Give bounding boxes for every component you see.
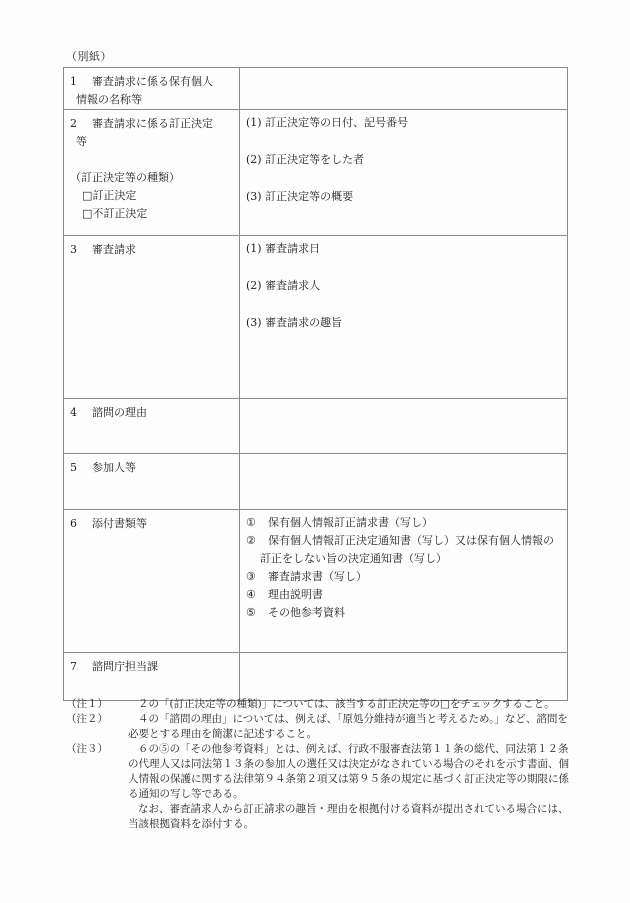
checkbox-label: 不訂正決定 xyxy=(92,207,147,220)
sub-item: (2) 審査請求人 xyxy=(246,277,561,295)
table-row: 4諮問の理由 xyxy=(64,399,568,454)
participants-field[interactable] xyxy=(240,454,568,510)
table-row: 5参加人等 xyxy=(64,454,568,510)
row-label: 審査請求に係る訂正決定 xyxy=(92,117,213,130)
note-tag: （注１） xyxy=(66,697,108,712)
row-label-cell: 4諮問の理由 xyxy=(64,399,240,454)
checkbox-icon[interactable]: □ xyxy=(82,207,92,220)
sub-item: (1) 訂正決定等の日付、記号番号 xyxy=(246,114,561,132)
row-number: 4 xyxy=(70,404,92,422)
table-row: 6添付書類等 ①保有個人情報訂正請求書（写し） ②保有個人情報訂正決定通知書（写… xyxy=(64,510,568,653)
row-number: 5 xyxy=(70,459,92,477)
review-request-cell[interactable]: (1) 審査請求日 (2) 審査請求人 (3) 審査請求の趣旨 xyxy=(240,236,568,399)
inquiry-reason-field[interactable] xyxy=(240,399,568,454)
row-label-cont: 等 xyxy=(70,135,87,148)
row-label: 参加人等 xyxy=(92,461,136,474)
attachments-cell: ①保有個人情報訂正請求書（写し） ②保有個人情報訂正決定通知書（写し）又は保有個… xyxy=(240,510,568,653)
attachment-item: ①保有個人情報訂正請求書（写し） xyxy=(246,514,561,532)
note-3: （注３） ６の⑤の「その他参考資料」とは、例えば、行政不服審査法第１１条の総代、… xyxy=(66,742,571,802)
row-label: 諮問の理由 xyxy=(92,406,147,419)
attachment-label: （別紙） xyxy=(66,48,112,64)
note-text: ４の「諮問の理由」については、例えば、「原処分維持が適当と考えるため。」など、諮… xyxy=(128,712,571,742)
row-label: 諮問庁担当課 xyxy=(92,660,158,673)
table-row: 7諮問庁担当課 xyxy=(64,653,568,701)
note-2: （注２） ４の「諮問の理由」については、例えば、「原処分維持が適当と考えるため。… xyxy=(66,712,571,742)
sub-item: (3) 訂正決定等の概要 xyxy=(246,188,561,206)
personal-info-name-field[interactable] xyxy=(240,68,568,110)
decision-kinds-heading: （訂正決定等の種類） xyxy=(70,169,235,187)
checkbox-label: 訂正決定 xyxy=(92,189,136,202)
row-label-cell: 3審査請求 xyxy=(64,236,240,399)
note-text: ２の「(訂正決定等の種類)」については、該当する訂正決定等の□をチェックすること… xyxy=(128,697,571,712)
checkbox-non-correction-decision[interactable]: □不訂正決定 xyxy=(70,205,235,223)
agency-department-field[interactable] xyxy=(240,653,568,701)
row-number: 1 xyxy=(70,73,92,91)
row-number: 7 xyxy=(70,658,92,676)
note-text: ６の⑤の「その他参考資料」とは、例えば、行政不服審査法第１１条の総代、同法第１２… xyxy=(128,742,571,802)
checkbox-icon[interactable]: □ xyxy=(82,189,92,202)
attachment-item: ②保有個人情報訂正決定通知書（写し）又は保有個人情報の 訂正をしない旨の決定通知… xyxy=(246,532,561,568)
note-tag: （注３） xyxy=(66,742,108,757)
row-label: 審査請求 xyxy=(92,243,136,256)
sub-item: (3) 審査請求の趣旨 xyxy=(246,314,561,332)
row-label-cell: 5参加人等 xyxy=(64,454,240,510)
row-label: 添付書類等 xyxy=(92,517,147,530)
sub-item: (2) 訂正決定等をした者 xyxy=(246,151,561,169)
notes-section: （注１） ２の「(訂正決定等の種類)」については、該当する訂正決定等の□をチェッ… xyxy=(66,697,571,832)
checkbox-correction-decision[interactable]: □訂正決定 xyxy=(70,187,235,205)
note-tag: （注２） xyxy=(66,712,108,727)
row-label-cell: 7諮問庁担当課 xyxy=(64,653,240,701)
table-row: 2審査請求に係る訂正決定 等 （訂正決定等の種類） □訂正決定 □不訂正決定 (… xyxy=(64,110,568,236)
attachment-item: ④理由説明書 xyxy=(246,586,561,604)
attachment-item: ③審査請求書（写し） xyxy=(246,568,561,586)
note-1: （注１） ２の「(訂正決定等の種類)」については、該当する訂正決定等の□をチェッ… xyxy=(66,697,571,712)
inquiry-form-table: 1審査請求に係る保有個人 情報の名称等 2審査請求に係る訂正決定 等 （訂正決定… xyxy=(63,67,568,701)
row-label-cell: 2審査請求に係る訂正決定 等 （訂正決定等の種類） □訂正決定 □不訂正決定 xyxy=(64,110,240,236)
note-3-para2: なお、審査請求人から訂正請求の趣旨・理由を根拠付ける資料が提出されている場合には… xyxy=(66,802,571,832)
row-number: 3 xyxy=(70,241,92,259)
attachment-item: ⑤その他参考資料 xyxy=(246,604,561,622)
row-number: 2 xyxy=(70,115,92,133)
row-label-cell: 1審査請求に係る保有個人 情報の名称等 xyxy=(64,68,240,110)
row-label-cell: 6添付書類等 xyxy=(64,510,240,653)
table-row: 1審査請求に係る保有個人 情報の名称等 xyxy=(64,68,568,110)
row-label-cont: 情報の名称等 xyxy=(70,93,142,106)
table-row: 3審査請求 (1) 審査請求日 (2) 審査請求人 (3) 審査請求の趣旨 xyxy=(64,236,568,399)
sub-item: (1) 審査請求日 xyxy=(246,240,561,258)
row-number: 6 xyxy=(70,515,92,533)
decision-details-cell[interactable]: (1) 訂正決定等の日付、記号番号 (2) 訂正決定等をした者 (3) 訂正決定… xyxy=(240,110,568,236)
row-label: 審査請求に係る保有個人 xyxy=(92,75,213,88)
